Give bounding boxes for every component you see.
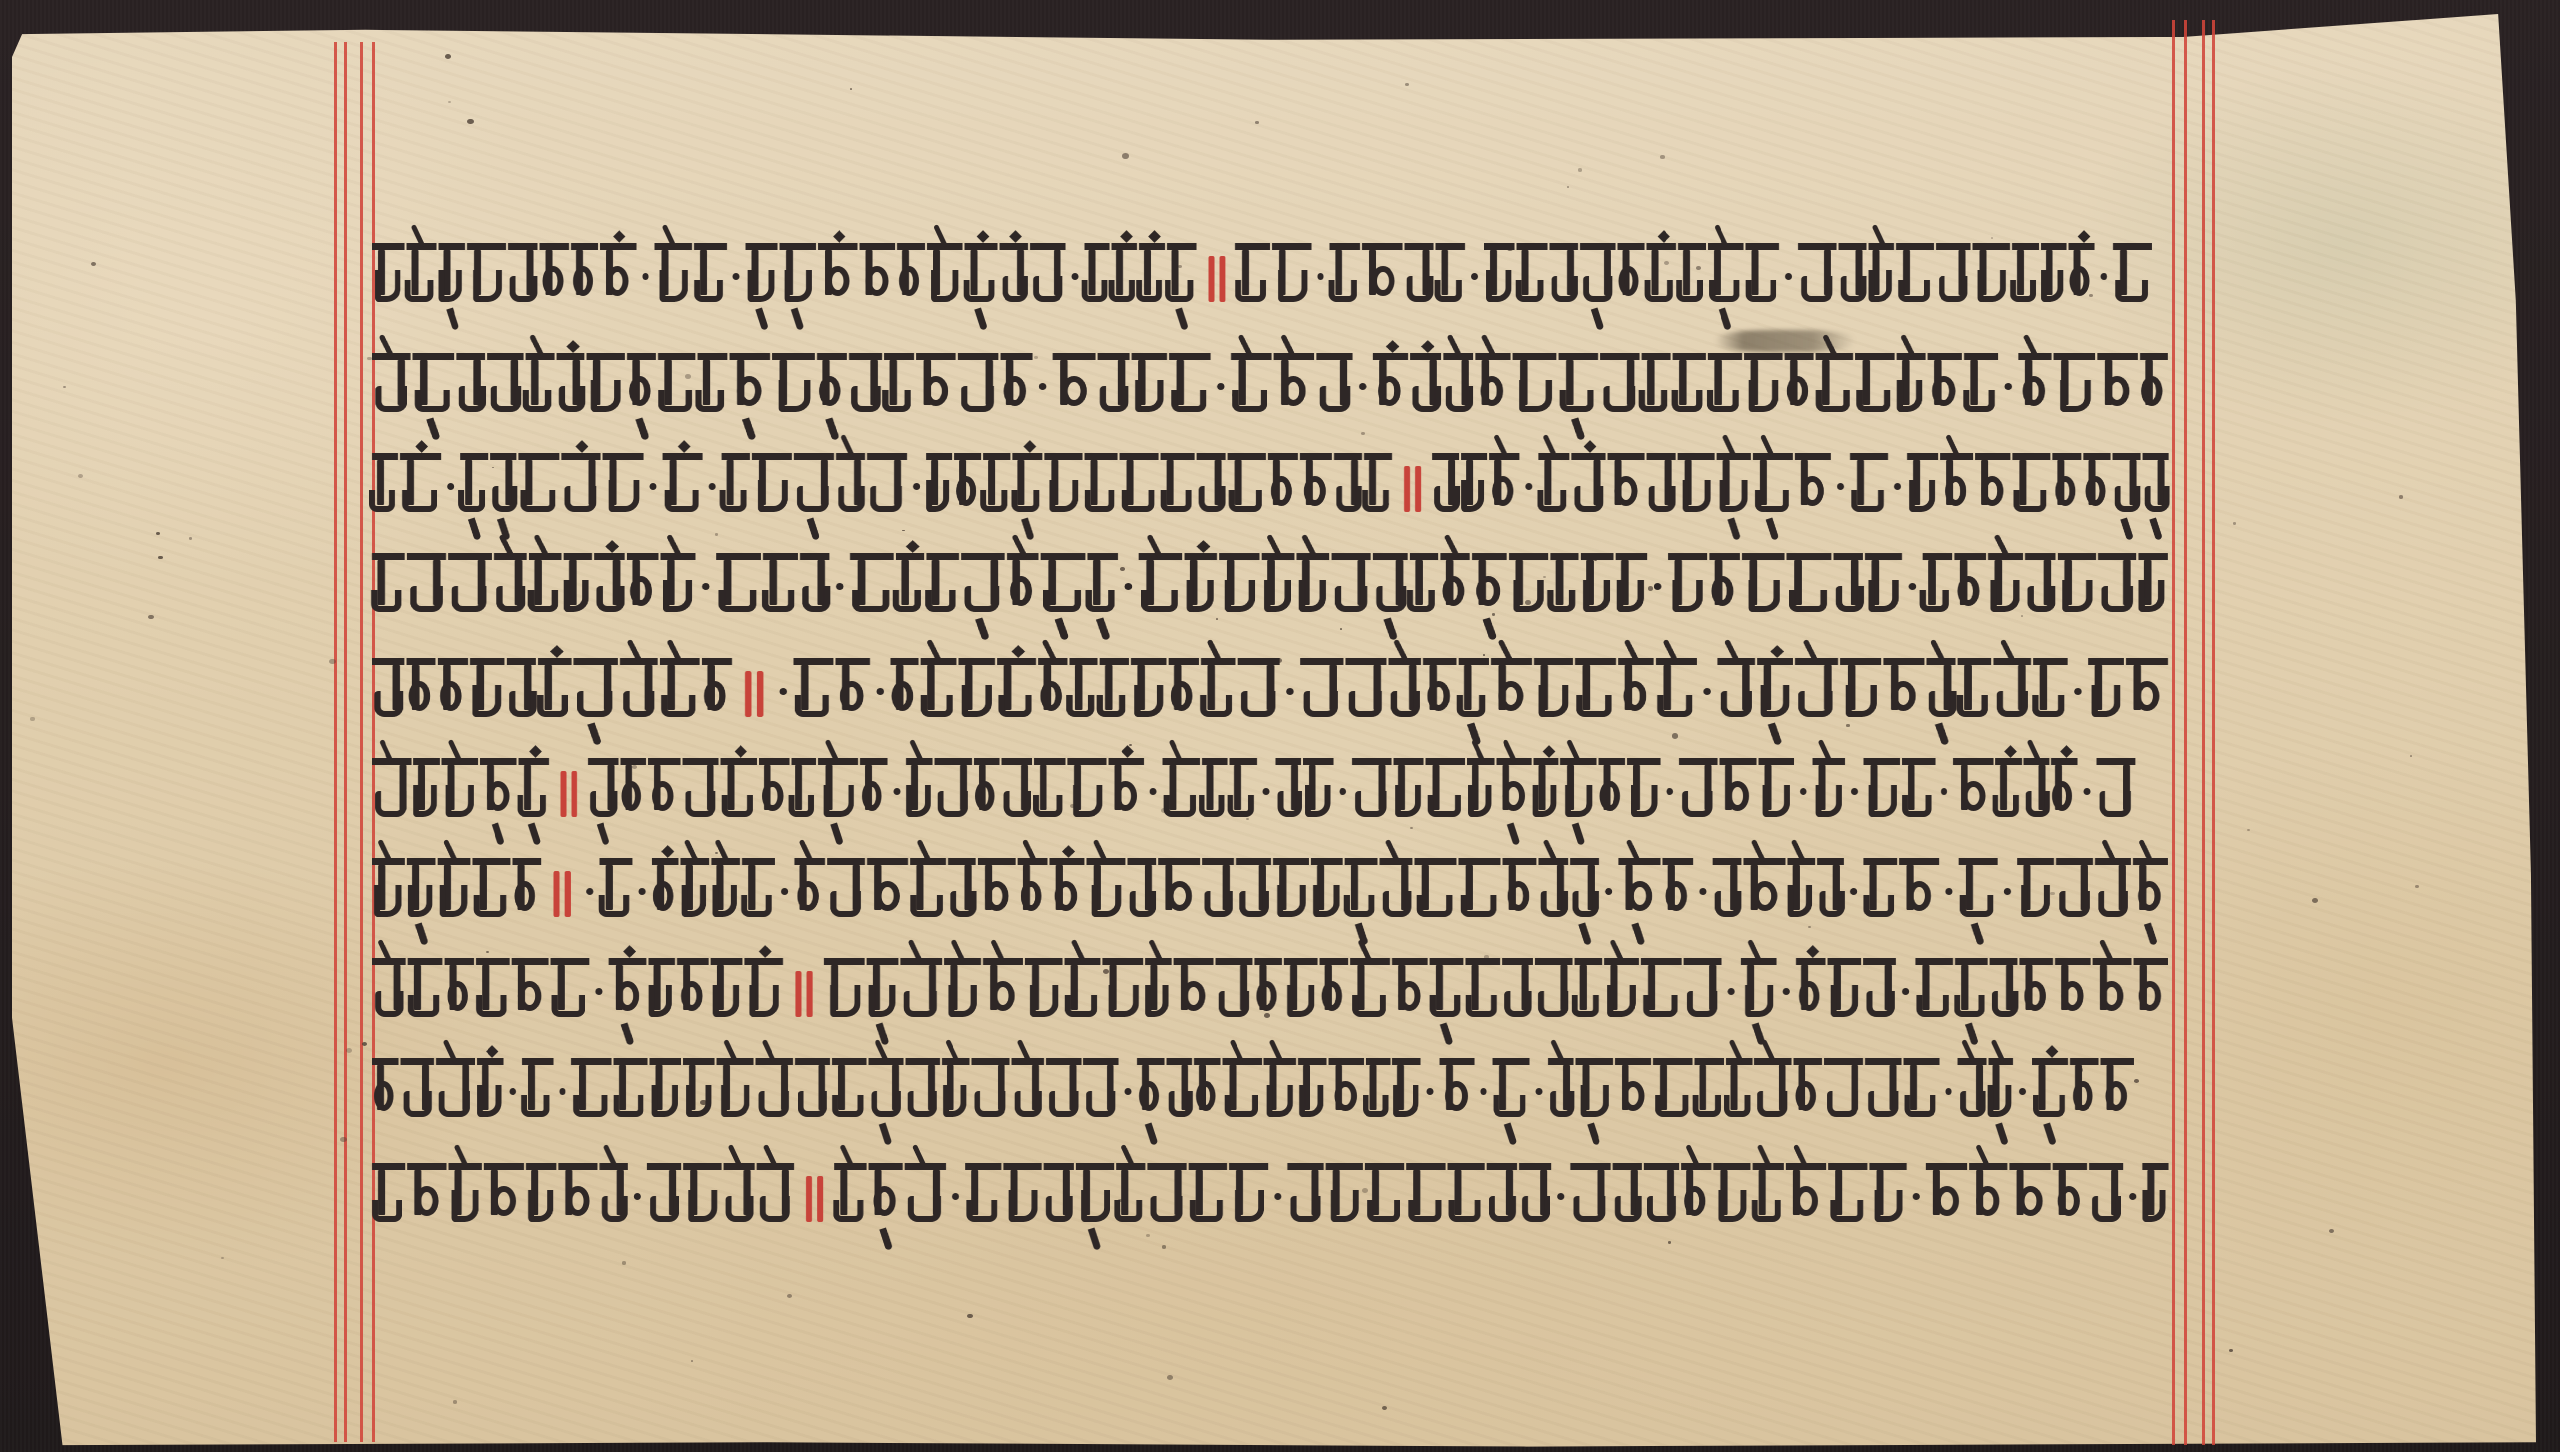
akshara-glyph: [961, 553, 1005, 612]
akshara-glyph: [1334, 453, 1362, 512]
akshara-glyph: [2097, 353, 2138, 412]
word-separator-dot: [1785, 273, 1792, 280]
akshara-glyph: [602, 453, 643, 512]
akshara-glyph: [2098, 553, 2136, 612]
akshara-glyph: [484, 1163, 524, 1222]
akshara-glyph: [1329, 1058, 1364, 1117]
manuscript-folio: [12, 14, 2536, 1448]
paper-speck: [1410, 827, 1413, 829]
akshara-glyph: [1744, 353, 1782, 412]
akshara-glyph: [682, 758, 719, 817]
akshara-glyph: [1549, 243, 1578, 302]
akshara-glyph: [921, 658, 957, 717]
akshara-glyph: [1883, 658, 1924, 717]
akshara-glyph: [540, 243, 569, 302]
akshara-glyph: [683, 1163, 721, 1222]
akshara-glyph: [1184, 553, 1217, 612]
paper-speck: [346, 1048, 352, 1053]
akshara-glyph: [935, 758, 973, 817]
paper-speck: [30, 717, 34, 720]
akshara-glyph: [1108, 758, 1144, 817]
akshara-glyph: [438, 858, 471, 917]
akshara-glyph: [655, 243, 692, 302]
akshara-glyph: [1817, 858, 1844, 917]
akshara-glyph: [1719, 758, 1757, 817]
word-separator-dot: [1945, 1088, 1952, 1095]
akshara-glyph: [1365, 1058, 1390, 1117]
akshara-glyph: [1189, 1163, 1227, 1222]
akshara-glyph: [1613, 1163, 1642, 1222]
akshara-glyph: [1923, 553, 1952, 612]
paper-speck: [148, 615, 153, 619]
paper-speck: [1405, 83, 1409, 86]
akshara-glyph: [1793, 1058, 1822, 1117]
word-separator-dot: [781, 888, 788, 895]
akshara-glyph: [1753, 1163, 1784, 1222]
akshara-glyph: [1127, 858, 1156, 917]
akshara-glyph: [1681, 1163, 1711, 1222]
word-separator-dot: [732, 273, 739, 280]
akshara-glyph: [1145, 958, 1172, 1017]
paper-speck: [1216, 618, 1218, 620]
akshara-glyph: [836, 658, 870, 717]
akshara-glyph: [494, 553, 527, 612]
akshara-glyph: [954, 453, 981, 512]
word-separator-dot: [559, 1088, 566, 1095]
paper-speck: [453, 1400, 457, 1403]
akshara-glyph: [526, 1163, 556, 1222]
word-separator-dot: [1941, 788, 1948, 795]
akshara-glyph: [1161, 453, 1195, 512]
akshara-glyph: [1642, 353, 1671, 412]
akshara-glyph: [372, 453, 398, 512]
akshara-glyph: [1139, 553, 1183, 612]
akshara-glyph: [1828, 958, 1862, 1017]
akshara-glyph: [1044, 1163, 1074, 1222]
word-separator-dot: [1703, 688, 1711, 695]
akshara-glyph: [658, 353, 695, 412]
akshara-glyph: [2054, 353, 2096, 412]
akshara-glyph: [1989, 1058, 2014, 1117]
akshara-glyph: [1254, 958, 1282, 1017]
akshara-glyph: [1519, 1163, 1551, 1222]
akshara-glyph: [1268, 453, 1298, 512]
word-separator-dot: [1535, 1088, 1542, 1095]
akshara-glyph: [2133, 858, 2168, 917]
akshara-glyph: [1392, 958, 1428, 1017]
akshara-glyph: [1708, 243, 1743, 302]
akshara-glyph: [2041, 243, 2067, 302]
akshara-glyph: [1863, 858, 1897, 917]
akshara-glyph: [1423, 658, 1456, 717]
akshara-glyph: [1440, 553, 1469, 612]
akshara-glyph: [1392, 1058, 1421, 1117]
akshara-glyph: [817, 353, 847, 412]
akshara-glyph: [441, 758, 478, 817]
akshara-glyph: [1235, 243, 1269, 302]
paper-speck: [1122, 153, 1129, 158]
akshara-glyph: [1139, 243, 1165, 302]
manuscript-line-10: [372, 1162, 2183, 1222]
word-separator-dot: [1525, 483, 1532, 490]
akshara-glyph: [1795, 658, 1838, 717]
akshara-glyph: [927, 243, 962, 302]
akshara-glyph: [818, 758, 857, 817]
akshara-glyph: [869, 1058, 904, 1117]
akshara-glyph: [406, 243, 436, 302]
akshara-glyph: [2126, 658, 2168, 717]
akshara-glyph: [1487, 1163, 1517, 1222]
akshara-glyph: [1959, 858, 1998, 917]
akshara-glyph: [2053, 1163, 2087, 1222]
akshara-glyph: [1300, 453, 1332, 512]
akshara-glyph: [965, 1163, 1001, 1222]
word-separator-dot: [510, 1088, 517, 1095]
akshara-glyph: [480, 758, 517, 817]
akshara-glyph: [620, 658, 658, 717]
word-separator-dot: [1359, 383, 1366, 390]
akshara-glyph: [2024, 758, 2049, 817]
akshara-glyph: [1798, 243, 1836, 302]
akshara-glyph: [897, 243, 924, 302]
akshara-glyph: [891, 658, 919, 717]
akshara-glyph: [518, 758, 549, 817]
akshara-glyph: [2019, 958, 2053, 1017]
akshara-glyph: [697, 353, 727, 412]
akshara-glyph: [2142, 1163, 2168, 1222]
akshara-glyph: [1197, 453, 1226, 512]
akshara-glyph: [1119, 453, 1158, 512]
akshara-glyph: [926, 553, 959, 612]
akshara-glyph: [794, 453, 834, 512]
akshara-glyph: [600, 858, 633, 917]
word-separator-dot: [2005, 383, 2012, 390]
akshara-glyph: [1600, 353, 1639, 412]
akshara-glyph: [1654, 1058, 1692, 1117]
paper-speck: [1578, 168, 1582, 171]
akshara-glyph: [1102, 958, 1143, 1017]
akshara-glyph: [600, 1163, 628, 1222]
akshara-glyph: [529, 553, 562, 612]
akshara-glyph: [1743, 858, 1785, 917]
akshara-glyph: [574, 658, 618, 717]
akshara-glyph: [557, 353, 585, 412]
akshara-glyph: [1833, 553, 1862, 612]
akshara-glyph: [1717, 658, 1755, 717]
akshara-glyph: [507, 658, 536, 717]
akshara-glyph: [1940, 453, 1973, 512]
akshara-glyph: [586, 353, 624, 412]
akshara-glyph: [1865, 553, 1902, 612]
akshara-glyph: [1855, 353, 1894, 412]
manuscript-line-3: [372, 452, 2174, 512]
akshara-glyph: [1897, 353, 1926, 412]
akshara-glyph: [1604, 958, 1639, 1017]
akshara-glyph: [1030, 243, 1065, 302]
word-separator-dot: [2019, 1088, 2026, 1095]
word-separator-dot: [779, 688, 787, 695]
akshara-glyph: [694, 243, 726, 302]
akshara-glyph: [1496, 758, 1532, 817]
akshara-glyph: [2012, 453, 2050, 512]
akshara-glyph: [681, 858, 710, 917]
akshara-glyph: [896, 553, 924, 612]
akshara-glyph: [1410, 553, 1438, 612]
akshara-glyph: [558, 1163, 597, 1222]
akshara-glyph: [978, 858, 1016, 917]
word-separator-dot: [1699, 888, 1706, 895]
paper-speck: [2247, 829, 2249, 831]
akshara-glyph: [926, 453, 952, 512]
akshara-glyph: [1786, 1163, 1826, 1222]
word-separator-dot: [1124, 583, 1132, 590]
word-separator-dot: [1945, 888, 1952, 895]
red-double-danda: [791, 965, 818, 1017]
akshara-glyph: [1202, 758, 1227, 817]
akshara-glyph: [1656, 658, 1697, 717]
word-separator-dot: [2129, 1193, 2136, 1200]
akshara-glyph: [1493, 1058, 1530, 1117]
akshara-glyph: [1326, 1163, 1363, 1222]
akshara-glyph: [1662, 858, 1693, 917]
right-margin-rule: [2212, 20, 2215, 1445]
word-separator-dot: [1894, 483, 1901, 490]
akshara-glyph: [683, 1058, 715, 1117]
akshara-glyph: [406, 658, 435, 717]
akshara-glyph: [588, 758, 619, 817]
paper-speck: [850, 88, 852, 90]
word-separator-dot: [586, 888, 593, 895]
akshara-glyph: [1757, 658, 1793, 717]
red-double-danda: [741, 665, 769, 717]
paper-speck: [1129, 744, 1131, 746]
akshara-glyph: [648, 758, 681, 817]
akshara-glyph: [508, 243, 538, 302]
manuscript-line-4: [372, 552, 2330, 612]
red-double-danda: [557, 765, 582, 817]
akshara-glyph: [1459, 858, 1501, 917]
akshara-glyph: [1678, 453, 1715, 512]
right-margin-rule: [2202, 20, 2205, 1445]
akshara-glyph: [1147, 1163, 1186, 1222]
akshara-glyph: [1472, 553, 1507, 612]
akshara-glyph: [1404, 243, 1433, 302]
manuscript-line-2: [372, 352, 2290, 412]
akshara-glyph: [1726, 1058, 1753, 1117]
left-margin-rule: [344, 42, 347, 1442]
akshara-glyph: [661, 553, 696, 612]
word-separator-dot: [447, 483, 454, 490]
manuscript-line-7: [372, 857, 2215, 917]
akshara-glyph: [1167, 243, 1196, 302]
akshara-glyph: [1362, 243, 1402, 302]
akshara-glyph: [372, 658, 404, 717]
akshara-glyph: [2114, 243, 2152, 302]
akshara-glyph: [1087, 553, 1117, 612]
akshara-glyph: [1955, 958, 1988, 1017]
akshara-glyph: [1484, 243, 1514, 302]
akshara-glyph: [791, 758, 816, 817]
akshara-glyph: [460, 453, 488, 512]
akshara-glyph: [1868, 243, 1894, 302]
akshara-glyph: [372, 1058, 399, 1117]
akshara-glyph: [609, 958, 647, 1017]
akshara-glyph: [1758, 758, 1794, 817]
akshara-glyph: [1223, 1058, 1261, 1117]
akshara-glyph: [1459, 658, 1489, 717]
word-separator-dot: [1150, 788, 1157, 795]
akshara-glyph: [2093, 958, 2132, 1017]
left-margin-rule: [360, 42, 363, 1442]
paper-speck: [221, 1257, 223, 1259]
paper-speck: [622, 1261, 626, 1264]
akshara-glyph: [1229, 1163, 1268, 1222]
akshara-glyph: [1443, 353, 1473, 412]
akshara-glyph: [1988, 553, 2023, 612]
akshara-glyph: [1012, 453, 1042, 512]
akshara-glyph: [1263, 1058, 1296, 1117]
akshara-glyph: [663, 453, 703, 512]
akshara-glyph: [910, 858, 946, 917]
akshara-glyph: [1166, 1058, 1192, 1117]
akshara-glyph: [2058, 553, 2096, 612]
akshara-glyph: [1162, 758, 1200, 817]
akshara-glyph: [594, 553, 624, 612]
akshara-glyph: [793, 658, 833, 717]
akshara-glyph: [1364, 453, 1392, 512]
akshara-glyph: [1406, 1163, 1445, 1222]
akshara-glyph: [755, 1058, 792, 1117]
akshara-glyph: [744, 958, 783, 1017]
akshara-glyph: [1018, 858, 1048, 917]
akshara-glyph: [1038, 658, 1067, 717]
akshara-glyph: [1169, 353, 1211, 412]
akshara-glyph: [1618, 858, 1660, 917]
akshara-glyph: [1236, 858, 1271, 917]
akshara-glyph: [2051, 758, 2078, 817]
akshara-glyph: [1896, 243, 1933, 302]
akshara-glyph: [1414, 858, 1456, 917]
akshara-glyph: [600, 243, 636, 302]
word-separator-dot: [1850, 888, 1857, 895]
akshara-glyph: [1350, 958, 1390, 1017]
akshara-glyph: [1467, 758, 1494, 817]
akshara-glyph: [860, 758, 888, 817]
akshara-glyph: [649, 1058, 681, 1117]
akshara-glyph: [613, 1058, 648, 1117]
manuscript-line-8: [372, 957, 2206, 1017]
akshara-glyph: [627, 553, 659, 612]
akshara-glyph: [1174, 958, 1214, 1017]
akshara-glyph: [722, 453, 750, 512]
akshara-glyph: [1100, 658, 1129, 717]
akshara-glyph: [1216, 958, 1253, 1017]
akshara-glyph: [477, 1058, 504, 1117]
akshara-glyph: [1570, 1163, 1610, 1222]
akshara-glyph: [2143, 453, 2169, 512]
akshara-glyph: [1436, 243, 1465, 302]
akshara-glyph: [448, 553, 492, 612]
akshara-glyph: [1607, 453, 1644, 512]
word-separator-dot: [1667, 788, 1674, 795]
akshara-glyph: [1330, 243, 1360, 302]
right-margin-rule: [2172, 20, 2175, 1445]
akshara-glyph: [2009, 1163, 2050, 1222]
akshara-glyph: [1489, 453, 1519, 512]
paper-speck: [2410, 755, 2412, 757]
akshara-glyph: [1839, 243, 1866, 302]
akshara-glyph: [780, 243, 816, 302]
akshara-glyph: [2088, 658, 2124, 717]
akshara-glyph: [1969, 1163, 2007, 1222]
paper-speck: [1672, 733, 1679, 738]
akshara-glyph: [1275, 758, 1301, 817]
word-separator-dot: [1274, 1193, 1281, 1200]
word-separator-dot: [1837, 483, 1844, 490]
akshara-glyph: [439, 243, 465, 302]
akshara-glyph: [1907, 453, 1938, 512]
akshara-glyph: [1678, 243, 1705, 302]
word-separator-dot: [1851, 788, 1858, 795]
akshara-glyph: [1904, 1058, 1940, 1117]
word-separator-dot: [1039, 383, 1046, 390]
word-separator-dot: [650, 483, 657, 490]
akshara-glyph: [648, 958, 675, 1017]
akshara-glyph: [1926, 658, 1955, 717]
akshara-glyph: [752, 453, 792, 512]
akshara-glyph: [438, 658, 468, 717]
akshara-glyph: [1137, 1058, 1164, 1117]
akshara-glyph: [1926, 1163, 1967, 1222]
akshara-glyph: [1000, 353, 1032, 412]
akshara-glyph: [1034, 758, 1065, 817]
akshara-glyph: [1953, 758, 1992, 817]
akshara-glyph: [1928, 353, 1962, 412]
akshara-glyph: [1990, 958, 2018, 1017]
akshara-glyph: [859, 243, 895, 302]
akshara-glyph: [1796, 958, 1826, 1017]
word-separator-dot: [702, 583, 710, 590]
akshara-glyph: [1869, 1163, 1906, 1222]
akshara-glyph: [1491, 658, 1532, 717]
akshara-glyph: [742, 858, 775, 917]
word-separator-dot: [2004, 888, 2011, 895]
akshara-glyph: [1899, 858, 1939, 917]
paper-speck: [2399, 495, 2403, 498]
akshara-glyph: [1303, 758, 1333, 817]
paper-speck: [1846, 724, 1849, 727]
word-separator-dot: [1217, 383, 1224, 390]
akshara-glyph: [627, 353, 656, 412]
akshara-glyph: [564, 553, 592, 612]
akshara-glyph: [1311, 858, 1343, 917]
akshara-glyph: [729, 353, 770, 412]
akshara-glyph: [413, 353, 455, 412]
akshara-glyph: [1816, 353, 1853, 412]
akshara-glyph: [827, 858, 865, 917]
akshara-glyph: [972, 1058, 1010, 1117]
word-separator-dot: [1339, 788, 1346, 795]
paper-speck: [1255, 121, 1258, 124]
akshara-glyph: [660, 658, 700, 717]
akshara-glyph: [400, 453, 441, 512]
akshara-glyph: [1262, 553, 1295, 612]
paper-speck: [787, 1294, 792, 1298]
akshara-glyph: [1964, 353, 1998, 412]
akshara-glyph: [1475, 353, 1510, 412]
akshara-glyph: [470, 658, 504, 717]
akshara-glyph: [1069, 658, 1097, 717]
